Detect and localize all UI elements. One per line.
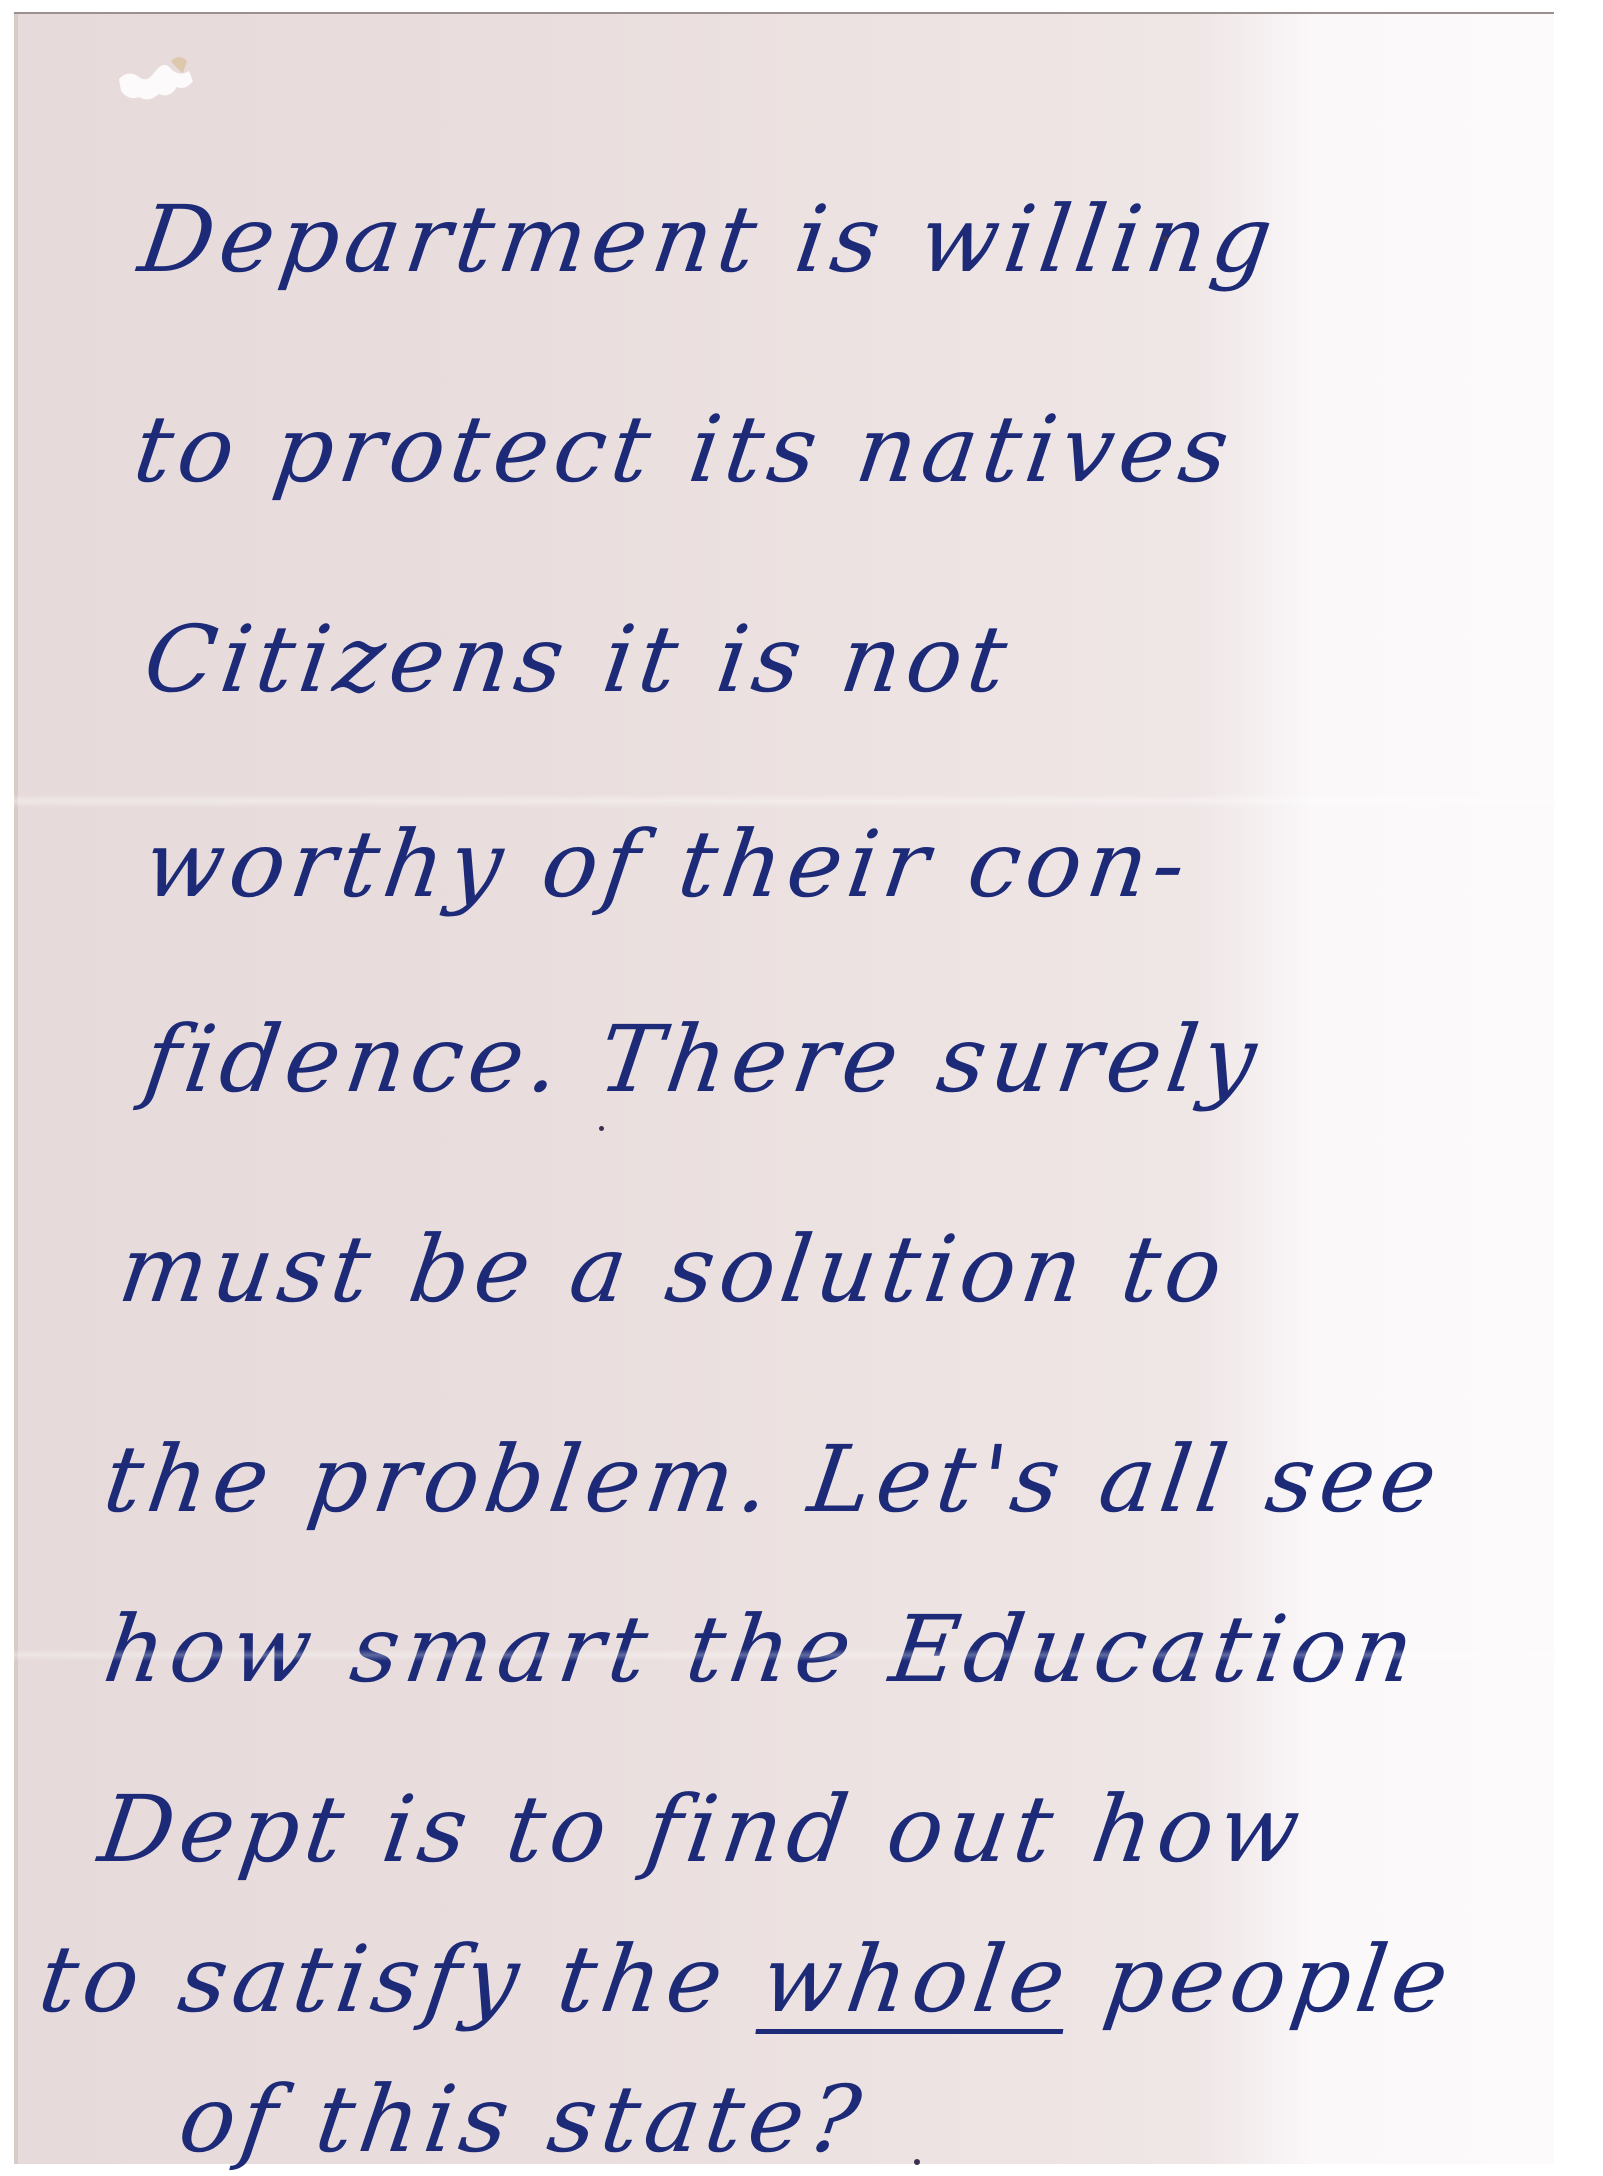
line-9: Dept is to find out how xyxy=(94,1784,1311,1876)
line-6: must be a solution to xyxy=(114,1224,1233,1316)
ink-speck xyxy=(599,1126,604,1131)
line-10-start: to satisfy the xyxy=(33,1926,771,2033)
handwritten-text: Department is willing to protect its nat… xyxy=(14,14,1554,2164)
line-10-end: people xyxy=(1063,1926,1461,2033)
line-11: of this state? xyxy=(174,2074,871,2166)
line-3: Citizens it is not xyxy=(139,614,1018,706)
line-1: Department is willing xyxy=(134,194,1283,286)
line-8: how smart the Education xyxy=(99,1604,1425,1696)
ink-speck xyxy=(914,2159,920,2165)
line-4: worthy of their con- xyxy=(139,819,1197,911)
ink-speck xyxy=(1162,236,1168,242)
line-10: to satisfy the whole people xyxy=(34,1934,1459,2026)
line-7: the problem. Let's all see xyxy=(99,1434,1448,1526)
line-2: to protect its natives xyxy=(129,404,1240,496)
underlined-word: whole xyxy=(755,1926,1077,2033)
line-5: fidence. There surely xyxy=(139,1014,1267,1106)
letter-page: Department is willing to protect its nat… xyxy=(14,12,1554,2164)
